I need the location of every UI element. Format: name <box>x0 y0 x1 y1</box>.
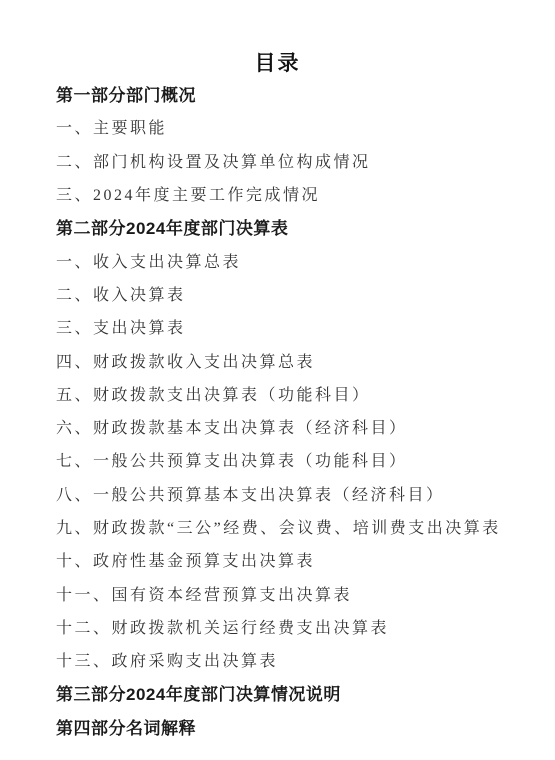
toc-entry: 三、2024年度主要工作完成情况 <box>56 177 525 210</box>
toc-entry: 二、收入决算表 <box>56 277 525 310</box>
toc-entry: 十、政府性基金预算支出决算表 <box>56 543 525 576</box>
toc-entry: 七、一般公共预算支出决算表（功能科目） <box>56 443 525 476</box>
toc-entry: 五、财政拨款支出决算表（功能科目） <box>56 377 525 410</box>
toc-entry: 九、财政拨款“三公”经费、会议费、培训费支出决算表 <box>56 510 525 543</box>
toc-entry: 三、支出决算表 <box>56 310 525 343</box>
toc-section-heading: 第一部分部门概况 <box>56 77 525 110</box>
toc-entry: 六、财政拨款基本支出决算表（经济科目） <box>56 410 525 443</box>
document-page: 目录 第一部分部门概况一、主要职能二、部门机构设置及决算单位构成情况三、2024… <box>0 0 555 760</box>
toc-entry: 二、部门机构设置及决算单位构成情况 <box>56 144 525 177</box>
toc-entry: 八、一般公共预算基本支出决算表（经济科目） <box>56 477 525 510</box>
toc-entry: 十一、国有资本经营预算支出决算表 <box>56 576 525 609</box>
toc-entry: 十二、财政拨款机关运行经费支出决算表 <box>56 610 525 643</box>
page-title: 目录 <box>0 50 555 77</box>
toc-section-heading: 第二部分2024年度部门决算表 <box>56 210 525 243</box>
toc-section-heading: 第四部分名词解释 <box>56 710 525 743</box>
toc-entry: 四、财政拨款收入支出决算总表 <box>56 343 525 376</box>
toc-list: 第一部分部门概况一、主要职能二、部门机构设置及决算单位构成情况三、2024年度主… <box>0 77 555 743</box>
toc-entry: 十三、政府采购支出决算表 <box>56 643 525 676</box>
toc-entry: 一、主要职能 <box>56 110 525 143</box>
toc-section-heading: 第三部分2024年度部门决算情况说明 <box>56 676 525 709</box>
toc-entry: 一、收入支出决算总表 <box>56 243 525 276</box>
